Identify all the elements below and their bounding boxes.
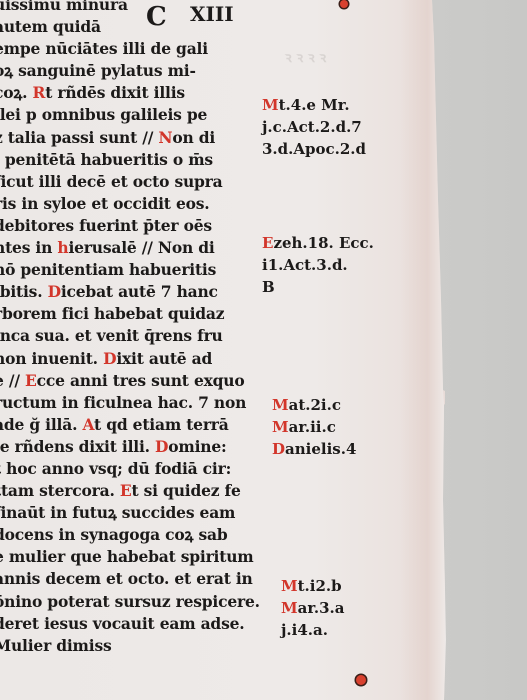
text-line: autem quidā [0,16,258,38]
text-line-body: oꝝ sanguinē pylatus mi- [0,61,196,80]
rubric-mark-top [340,0,348,8]
text-line-prefix: z talia passi sunt // [0,128,158,147]
text-line: i penitētā habueritis o m̄s [0,149,258,171]
rubricated-initial: E [120,481,132,500]
text-line: debitores fuerint p̄ter oēs [0,215,258,237]
marginal-reference: j.c.Act.2.d.7 [262,118,362,136]
text-line-body: t rñdēs dixit illis [45,83,185,102]
text-line-body: ixit autē ad [116,349,212,368]
text-line: t hoc anno vsq; dū fodiā cir: [0,458,258,480]
rubricated-initial: N [158,128,172,147]
text-line: e // Ecce anni tres sunt exquo [0,370,258,392]
marginal-line: Mt.4.e Mr. [262,94,366,116]
rubricated-initial: R [33,83,46,102]
rubricated-initial: D [48,282,61,301]
text-line-body: finaūt in futuꝝ succides eam [0,503,235,522]
marginal-note-2: Ezeh.18. Ecc.i1.Act.3.d.B [262,232,374,298]
text-line-body: t si quidez fe [131,481,240,500]
text-line-body: t qd etiam terrā [94,415,229,434]
marginal-line: Ezeh.18. Ecc. [262,232,374,254]
text-line: ttam stercora. Et si quidez fe [0,480,258,502]
text-line-body: ierusalē // Non di [68,238,214,257]
marginal-reference: t.4.e Mr. [279,96,350,114]
text-line: inca sua. et venit q̄rens fru [0,325,258,347]
text-line: rborem fici habebat quidaz [0,303,258,325]
text-line-body: annis decem et octo. et erat in [0,569,253,588]
marginal-reference: ar.3.a [298,599,345,617]
marginal-note-3: Mat.2i.cMar.ii.cDanielis.4 [272,394,356,460]
text-line: annis decem et octo. et erat in [0,568,258,590]
text-line-prefix: ade ğ illā. [0,415,82,434]
text-line: ade ğ illā. At qd etiam terrā [0,414,258,436]
text-line: non inuenit. Dixit autē ad [0,348,258,370]
rubricated-initial: E [25,371,37,390]
marginal-line: 3.d.Apoc.2.d [262,138,366,160]
rubricated-initial: A [82,415,94,434]
text-line-body: e mulier que habebat spiritum [0,547,253,566]
text-line-body: uissimū minura [0,0,128,14]
text-line-body: deret iesus vocauit eam adse. [0,614,244,633]
text-line-prefix: e // [0,371,25,390]
text-line: ntes in hierusalē // Non di [0,237,258,259]
text-line-body: omine: [168,437,226,456]
text-line-body: t hoc anno vsq; dū fodiā cir: [0,459,231,478]
marginal-reference: t.i2.b [298,577,342,595]
text-line-prefix: le rñdens dixit illi. [0,437,155,456]
marginal-line: Mar.ii.c [272,416,356,438]
marginal-reference: 3.d.Apoc.2.d [262,140,366,158]
text-line: Mulier dimiss [0,635,258,657]
marginal-line: i1.Act.3.d. [262,254,374,276]
rubric-paragraph-mark [356,675,366,685]
text-line: ructum in ficulnea hac. 7 non [0,392,258,414]
text-line: e mulier que habebat spiritum [0,546,258,568]
text-line-body: icebat autē 7 hanc [61,282,218,301]
text-line: ris in syloe et occidit eos. [0,193,258,215]
main-text-column: uissimū minuraautem quidāempe nūciātes i… [0,0,258,657]
text-line-body: empe nūciātes illi de gali [0,39,208,58]
marginal-reference: i1.Act.3.d. [262,256,348,274]
marginal-line: j.c.Act.2.d.7 [262,116,366,138]
rubricated-initial: h [57,238,68,257]
text-line: uissimū minura [0,0,258,16]
marginal-note-4: Mt.i2.bMar.3.aj.i4.a. [281,575,344,641]
rubricated-initial: M [272,396,289,414]
text-line-body: ris in syloe et occidit eos. [0,194,209,213]
marginal-reference: B [262,278,275,296]
text-line-body: Mulier dimiss [0,636,112,655]
text-line-body: i penitētā habueritis o m̄s [0,150,213,169]
text-line-body: docens in synagoga coꝝ sab [0,525,227,544]
text-line-body: rborem fici habebat quidaz [0,304,224,323]
show-through-text: ꝛ ꝛ ꝛ ꝛ [285,48,326,67]
text-line: empe nūciātes illi de gali [0,38,258,60]
text-line: finaūt in futuꝝ succides eam [0,502,258,524]
text-line: deret iesus vocauit eam adse. [0,613,258,635]
marginal-line: Mat.2i.c [272,394,356,416]
text-line-prefix: ntes in [0,238,57,257]
text-line-body: ficut illi decē et octo supra [0,172,223,191]
text-line-body: ilei p omnibus galileis pe [0,105,207,124]
marginal-line: Mar.3.a [281,597,344,619]
rubricated-initial: E [262,234,273,252]
marginal-note-1: Mt.4.e Mr.j.c.Act.2.d.73.d.Apoc.2.d [262,94,366,160]
marginal-reference: zeh.18. Ecc. [273,234,373,252]
text-line: ōnino poterat sursuz respicere. [0,591,258,613]
marginal-line: Mt.i2.b [281,575,344,597]
text-line-prefix: ttam stercora. [0,481,120,500]
text-line-body: ōnino poterat sursuz respicere. [0,592,260,611]
text-line: docens in synagoga coꝝ sab [0,524,258,546]
text-line-prefix: ibitis. [0,282,48,301]
text-line-body: inca sua. et venit q̄rens fru [0,326,223,345]
marginal-reference: at.2i.c [289,396,341,414]
text-line-body: cce anni tres sunt exquo [37,371,245,390]
marginal-line: Danielis.4 [272,438,356,460]
text-line-prefix: non inuenit. [0,349,103,368]
marginal-line: j.i4.a. [281,619,344,641]
marginal-reference: j.i4.a. [281,621,328,639]
text-line: ficut illi decē et octo supra [0,171,258,193]
text-line: ilei p omnibus galileis pe [0,104,258,126]
rubricated-initial: D [272,440,285,458]
rubricated-initial: M [281,577,298,595]
rubricated-initial: M [272,418,289,436]
text-line-body: on di [172,128,215,147]
text-line: ibitis. Dicebat autē 7 hanc [0,281,258,303]
text-line-body: debitores fuerint p̄ter oēs [0,216,212,235]
text-line-body: ructum in ficulnea hac. 7 non [0,393,246,412]
marginal-line: B [262,276,374,298]
text-line: le rñdens dixit illi. Domine: [0,436,258,458]
rubricated-initial: M [262,96,279,114]
text-line-prefix: coꝝ. [0,83,33,102]
text-line: nō penitentiam habueritis [0,259,258,281]
rubricated-initial: D [103,349,116,368]
text-line-body: nō penitentiam habueritis [0,260,216,279]
rubricated-initial: M [281,599,298,617]
rubricated-initial: D [155,437,168,456]
text-line: oꝝ sanguinē pylatus mi- [0,60,258,82]
text-line-body: autem quidā [0,17,101,36]
text-line: z talia passi sunt // Non di [0,127,258,149]
text-line: coꝝ. Rt rñdēs dixit illis [0,82,258,104]
marginal-reference: ar.ii.c [289,418,336,436]
marginal-reference: anielis.4 [285,440,356,458]
